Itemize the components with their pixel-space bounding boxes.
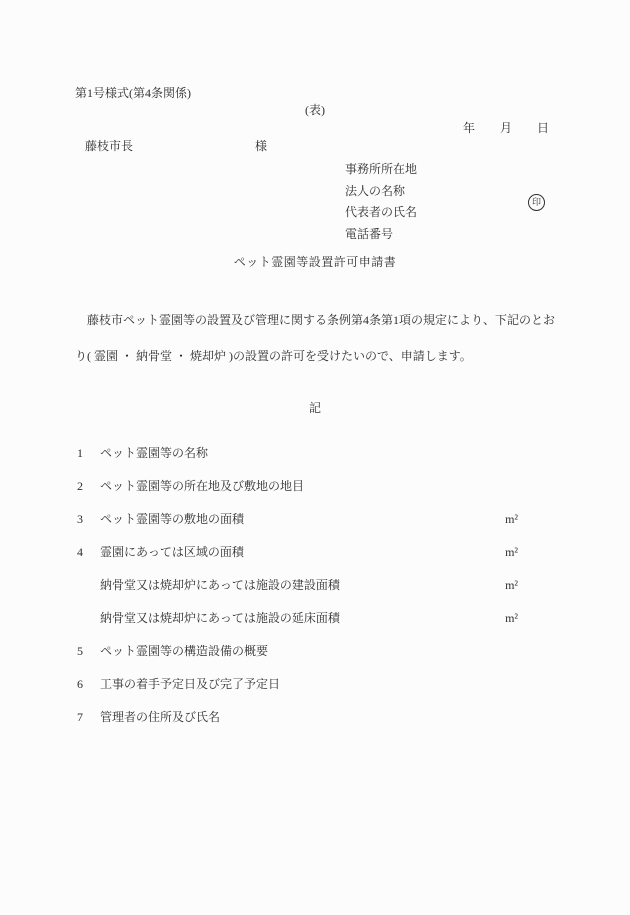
- item-number: [77, 578, 100, 592]
- item-unit: [510, 644, 518, 658]
- item-unit-square-meters: m²: [497, 545, 518, 559]
- addressee-name: 藤枝市長: [85, 137, 133, 154]
- item-unit: [510, 710, 518, 724]
- item-number: 7: [77, 710, 100, 724]
- item-label: 納骨堂又は焼却炉にあっては施設の建設面積: [100, 578, 497, 592]
- item-label: 霊園にあっては区域の面積: [100, 545, 497, 559]
- list-item: 7 管理者の住所及び氏名: [77, 710, 518, 724]
- list-item: 6 工事の着手予定日及び完了予定日: [77, 677, 518, 691]
- item-number: 5: [77, 644, 100, 658]
- applicant-field-corporation-name: 法人の名称: [345, 181, 417, 203]
- item-number: 1: [77, 446, 100, 460]
- list-subitem: 納骨堂又は焼却炉にあっては施設の建設面積 m²: [77, 578, 518, 592]
- item-label: 管理者の住所及び氏名: [100, 710, 510, 724]
- body-paragraph-line-1: 藤枝市ペット霊園等の設置及び管理に関する条例第4条第1項の規定により、下記のとお: [75, 311, 553, 329]
- item-list: 1 ペット霊園等の名称 2 ペット霊園等の所在地及び敷地の地目 3 ペット霊園等…: [77, 446, 518, 743]
- date-month-label: 月: [500, 119, 512, 136]
- item-label: ペット霊園等の所在地及び敷地の地目: [100, 479, 510, 493]
- addressee-line: 藤枝市長 様: [85, 137, 267, 154]
- page-side-label: (表): [0, 101, 630, 118]
- item-number: 2: [77, 479, 100, 493]
- applicant-field-office-address: 事務所所在地: [345, 159, 417, 181]
- item-unit: [510, 446, 518, 460]
- applicant-field-representative-name: 代表者の氏名: [345, 202, 417, 224]
- item-label: ペット霊園等の敷地の面積: [100, 512, 497, 526]
- form-number: 第1号様式(第4条関係): [75, 84, 191, 101]
- item-label: ペット霊園等の構造設備の概要: [100, 644, 510, 658]
- record-heading: 記: [0, 399, 630, 416]
- date-year-label: 年: [463, 119, 475, 136]
- item-unit: [510, 677, 518, 691]
- applicant-fields: 事務所所在地 法人の名称 代表者の氏名 電話番号: [345, 159, 417, 245]
- seal-mark-icon: 印: [528, 194, 545, 211]
- list-subitem: 納骨堂又は焼却炉にあっては施設の延床面積 m²: [77, 611, 518, 625]
- item-unit-square-meters: m²: [497, 578, 518, 592]
- applicant-field-phone-number: 電話番号: [345, 224, 417, 246]
- item-number: 3: [77, 512, 100, 526]
- list-item: 4 霊園にあっては区域の面積 m²: [77, 545, 518, 559]
- item-number: 4: [77, 545, 100, 559]
- date-line: 年 月 日: [463, 119, 549, 136]
- item-unit-square-meters: m²: [497, 512, 518, 526]
- item-unit-square-meters: m²: [497, 611, 518, 625]
- body-paragraph: 藤枝市ペット霊園等の設置及び管理に関する条例第4条第1項の規定により、下記のとお…: [75, 311, 553, 383]
- item-number: 6: [77, 677, 100, 691]
- item-label: 納骨堂又は焼却炉にあっては施設の延床面積: [100, 611, 497, 625]
- item-unit: [510, 479, 518, 493]
- application-form-page: 第1号様式(第4条関係) (表) 年 月 日 藤枝市長 様 事務所所在地 法人の…: [0, 0, 630, 915]
- item-label: ペット霊園等の名称: [100, 446, 510, 460]
- list-item: 3 ペット霊園等の敷地の面積 m²: [77, 512, 518, 526]
- list-item: 1 ペット霊園等の名称: [77, 446, 518, 460]
- document-title: ペット霊園等設置許可申請書: [0, 253, 630, 270]
- date-day-label: 日: [537, 119, 549, 136]
- list-item: 2 ペット霊園等の所在地及び敷地の地目: [77, 479, 518, 493]
- addressee-honorific: 様: [255, 137, 267, 154]
- item-number: [77, 611, 100, 625]
- body-paragraph-line-2: り( 霊園 ・ 納骨堂 ・ 焼却炉 )の設置の許可を受けたいので、申請します。: [75, 347, 553, 365]
- item-label: 工事の着手予定日及び完了予定日: [100, 677, 510, 691]
- list-item: 5 ペット霊園等の構造設備の概要: [77, 644, 518, 658]
